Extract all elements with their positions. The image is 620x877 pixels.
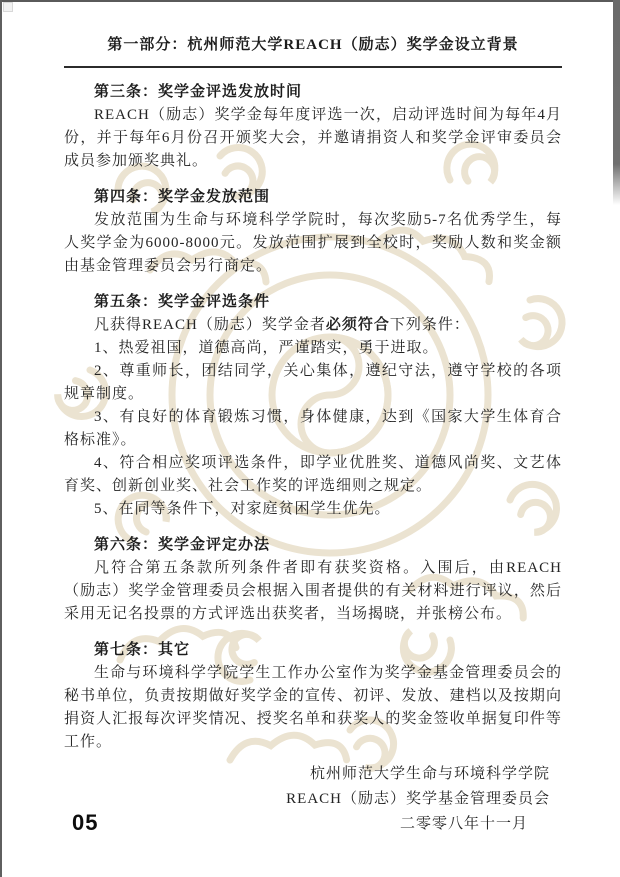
intro-prefix: 凡获得REACH（励志）奖学金者	[94, 317, 326, 333]
paragraph: REACH（励志）奖学金每年度评选一次，启动评选时间为每年4月份，并于每年6月份…	[64, 104, 562, 173]
section-article-5: 第五条：奖学金评选条件 凡获得REACH（励志）奖学金者必须符合下列条件： 1、…	[64, 291, 562, 521]
list-item: 5、在同等条件下，对家庭贫困学生优先。	[64, 498, 562, 521]
paragraph: 生命与环境科学学院学生工作办公室作为奖学金基金管理委员会的秘书单位，负责按期做好…	[64, 662, 562, 754]
conditions-intro: 凡获得REACH（励志）奖学金者必须符合下列条件：	[64, 314, 562, 337]
scan-edge-left	[0, 0, 2, 877]
intro-suffix: 下列条件：	[390, 317, 470, 333]
signature-committee-line: REACH（励志）奖学基金管理委员会	[64, 787, 550, 812]
paragraph: 发放范围为生命与环境科学学院时，每次奖励5-7名优秀学生，每人奖学金为6000-…	[64, 209, 562, 278]
scan-edge-top	[0, 0, 620, 2]
section-heading: 第六条：奖学金评定办法	[64, 534, 562, 557]
signature-date-line: 二零零八年十一月	[64, 812, 550, 837]
document-page: 第一部分：杭州师范大学REACH（励志）奖学金设立背景 第三条：奖学金评选发放时…	[0, 0, 620, 877]
scan-edge-right	[613, 0, 620, 205]
signature-block: 杭州师范大学生命与环境科学学院 REACH（励志）奖学基金管理委员会 二零零八年…	[64, 762, 562, 837]
document-content: 第一部分：杭州师范大学REACH（励志）奖学金设立背景 第三条：奖学金评选发放时…	[64, 34, 562, 837]
section-article-6: 第六条：奖学金评定办法 凡符合第五条款所列条件者即有获奖资格。入围后，由REAC…	[64, 534, 562, 626]
scan-corner-artifact	[3, 2, 13, 12]
list-item: 2、尊重师长，团结同学，关心集体，遵纪守法，遵守学校的各项规章制度。	[64, 360, 562, 406]
intro-bold-phrase: 必须符合	[326, 317, 390, 333]
section-heading: 第五条：奖学金评选条件	[64, 291, 562, 314]
list-item: 4、符合相应奖项评选条件，即学业优胜奖、道德风尚奖、文艺体育奖、创新创业奖、社会…	[64, 452, 562, 498]
section-heading: 第七条：其它	[64, 639, 562, 662]
page-title: 第一部分：杭州师范大学REACH（励志）奖学金设立背景	[64, 34, 562, 56]
list-item: 3、有良好的体育锻炼习惯，身体健康，达到《国家大学生体育合格标准》。	[64, 406, 562, 452]
list-item: 1、热爱祖国，道德高尚，严谨踏实，勇于进取。	[64, 337, 562, 360]
section-article-7: 第七条：其它 生命与环境科学学院学生工作办公室作为奖学金基金管理委员会的秘书单位…	[64, 639, 562, 754]
page-number: 05	[72, 810, 98, 836]
section-article-3: 第三条：奖学金评选发放时间 REACH（励志）奖学金每年度评选一次，启动评选时间…	[64, 81, 562, 173]
header-rule	[64, 66, 562, 68]
section-article-4: 第四条：奖学金发放范围 发放范围为生命与环境科学学院时，每次奖励5-7名优秀学生…	[64, 186, 562, 278]
paragraph: 凡符合第五条款所列条件者即有获奖资格。入围后，由REACH（励志）奖学金管理委员…	[64, 557, 562, 626]
section-heading: 第三条：奖学金评选发放时间	[64, 81, 562, 104]
signature-org-line: 杭州师范大学生命与环境科学学院	[64, 762, 550, 787]
section-heading: 第四条：奖学金发放范围	[64, 186, 562, 209]
